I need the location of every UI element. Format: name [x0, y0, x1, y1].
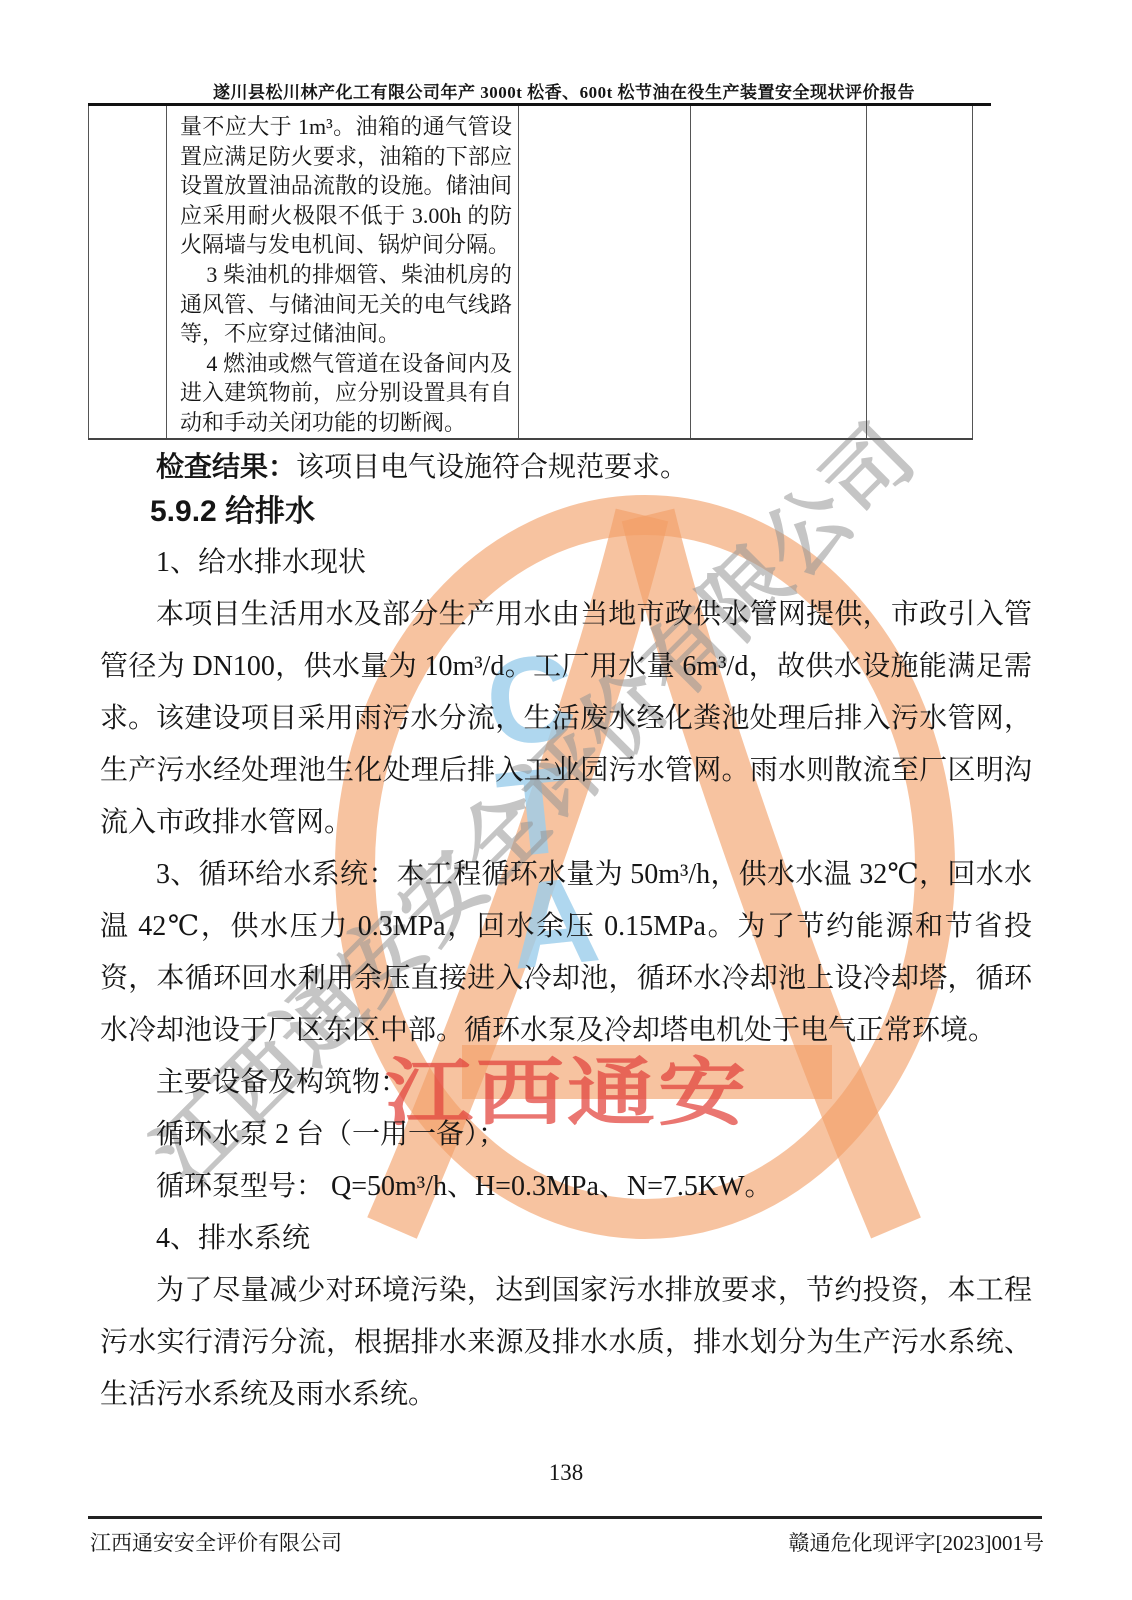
footer-rule	[88, 1516, 1042, 1519]
condition-paragraph: 3 柴油机的排烟管、柴油机房的通风管、与储油间无关的电气线路等，不应穿过储油间。	[180, 260, 512, 349]
table-border-bottom	[88, 438, 973, 440]
checklist-table: 量不应大于 1m³。油箱的通气管设置应满足防火要求，油箱的下部应设置放置油品流散…	[88, 106, 973, 440]
paragraph: 循环水泵 2 台（一用一备）；	[100, 1109, 1032, 1161]
condition-paragraph: 4 燃油或燃气管道在设备间内及进入建筑物前，应分别设置具有自动和手动关闭功能的切…	[180, 349, 512, 438]
document-page: CTA 江西通安安全评价有限公司 江西通安 遂川县松川林产化工有限公司年产 30…	[0, 0, 1132, 1600]
page-number: 138	[0, 1460, 1132, 1486]
check-result-line: 检查结果：该项目电气设施符合规范要求。	[100, 441, 1032, 494]
table-divider-4	[866, 106, 867, 440]
paragraph: 4、排水系统	[100, 1213, 1032, 1265]
table-divider-2	[518, 106, 519, 440]
footer-company: 江西通安安全评价有限公司	[90, 1527, 342, 1557]
condition-paragraph: 量不应大于 1m³。油箱的通气管设置应满足防火要求，油箱的下部应设置放置油品流散…	[180, 112, 512, 260]
paragraph: 循环泵型号： Q=50m³/h、H=0.3MPa、N=7.5KW。	[100, 1161, 1032, 1213]
section-heading: 5.9.2 给排水	[150, 488, 315, 536]
table-border-right	[972, 106, 973, 440]
paragraph: 1、给水排水现状	[100, 537, 1032, 589]
paragraph: 该建设项目采用雨污水分流，生活废水经化粪池处理后排入污水管网，生产污水经处理池生…	[100, 693, 1032, 849]
table-divider-1	[166, 106, 167, 440]
paragraph: 主要设备及构筑物：	[100, 1057, 1032, 1109]
paragraph: 3、循环给水系统：本工程循环水量为 50m³/h，供水水温 32℃，回水水温 4…	[100, 849, 1032, 1057]
table-divider-3	[690, 106, 691, 440]
check-result-text: 该项目电气设施符合规范要求。	[296, 452, 688, 483]
table-cell-condition: 量不应大于 1m³。油箱的通气管设置应满足防火要求，油箱的下部应设置放置油品流散…	[180, 112, 512, 438]
content-layer: 遂川县松川林产化工有限公司年产 3000t 松香、600t 松节油在役生产装置安…	[0, 0, 1132, 1600]
check-result-label: 检查结果：	[156, 451, 296, 482]
report-header-title: 遂川县松川林产化工有限公司年产 3000t 松香、600t 松节油在役生产装置安…	[88, 78, 1040, 103]
paragraph: 为了尽量减少对环境污染，达到国家污水排放要求，节约投资，本工程污水实行清污分流，…	[100, 1265, 1032, 1421]
footer-doc-number: 赣通危化现评字[2023]001号	[789, 1527, 1045, 1557]
table-border-left	[88, 106, 89, 440]
